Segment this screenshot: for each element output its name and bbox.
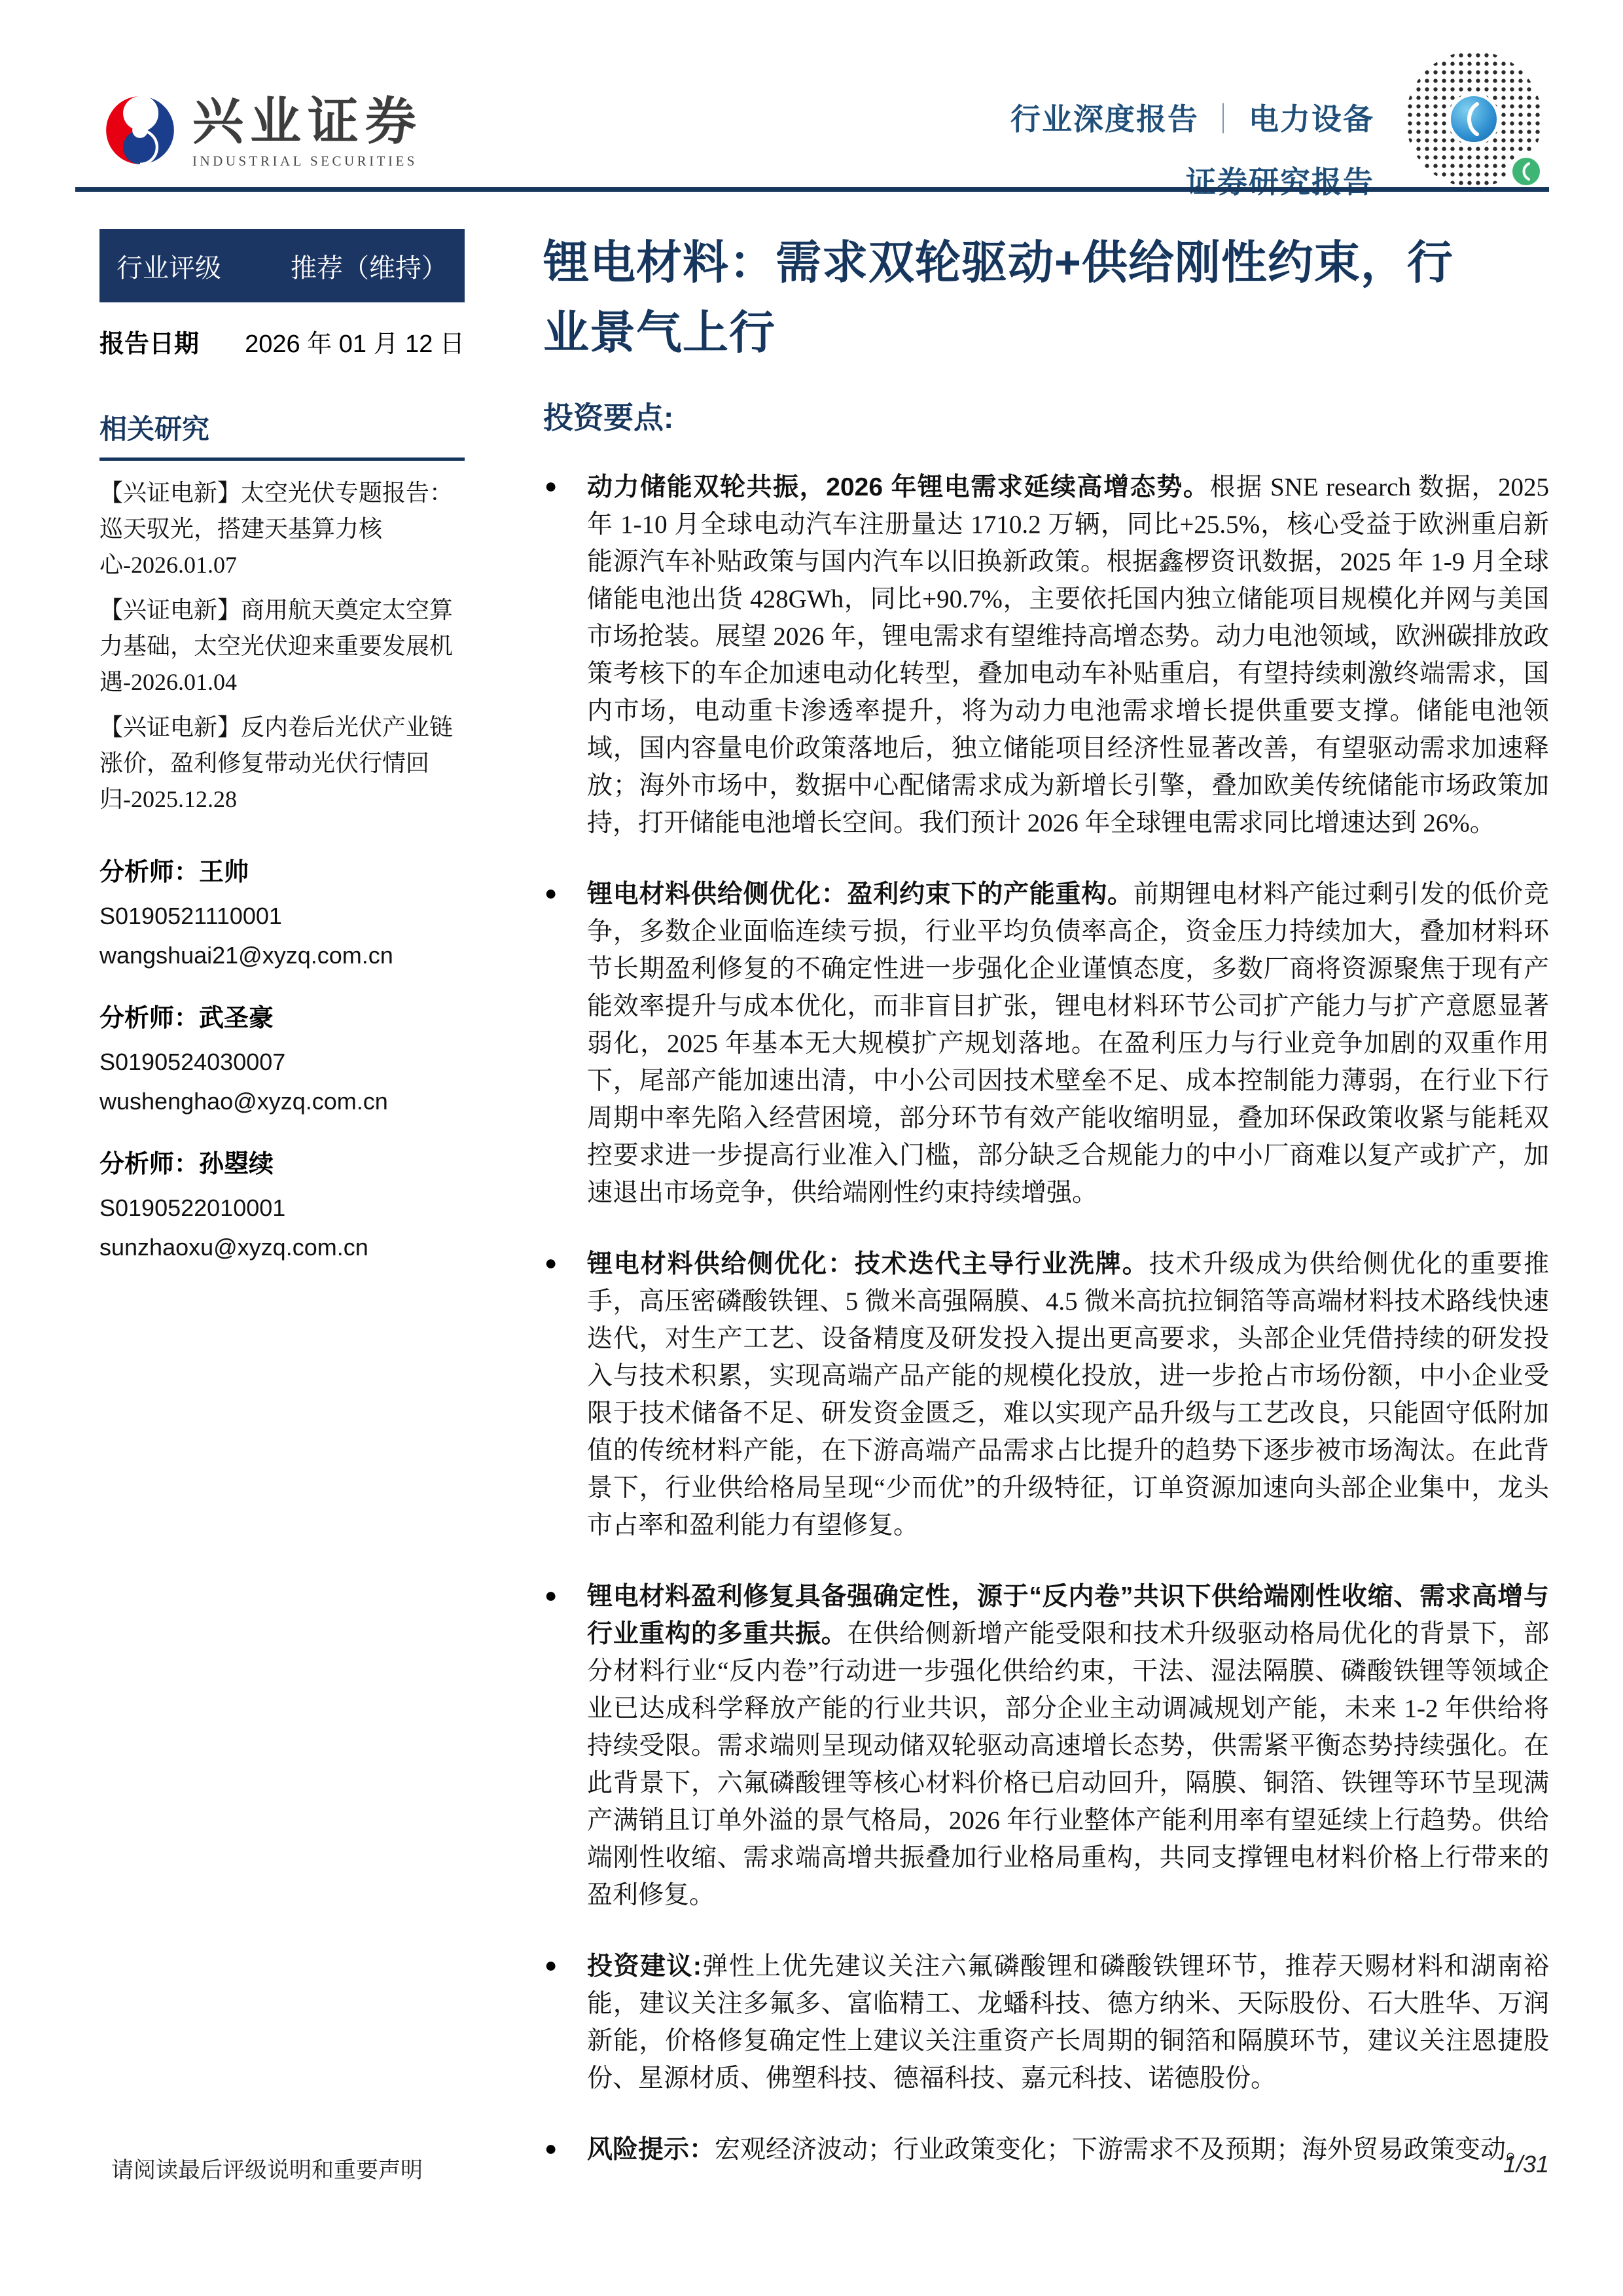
qr-share-badge-icon <box>1509 154 1543 188</box>
bullet-lead: 投资建议: <box>587 1952 702 1981</box>
sector-label: 电力设备 <box>1249 102 1374 136</box>
bullet-lead: 锂电材料供给侧优化：技术迭代主导行业洗牌。 <box>587 1250 1149 1278</box>
report-date-value: 2026 年 01 月 12 日 <box>245 323 465 359</box>
qr-code <box>1406 51 1542 187</box>
analyst-license-code: S0190521110001 <box>99 897 465 936</box>
bullet-icon: ● <box>544 1577 557 1614</box>
bullet-item-investment-advice: ● 投资建议:弹性上优先建议关注六氟磷酸锂和磷酸铁锂环节，推荐天赐材料和湖南裕能… <box>543 1948 1549 2097</box>
report-page: 兴业证券 INDUSTRIAL SECURITIES 行业深度报告｜电力设备 证… <box>0 0 1623 2296</box>
report-date-row: 报告日期 2026 年 01 月 12 日 <box>99 323 465 359</box>
report-date-label: 报告日期 <box>99 323 199 359</box>
bullet-icon: ● <box>544 467 557 505</box>
analyst-license-code: S0190524030007 <box>99 1043 465 1082</box>
qr-center-logo-icon <box>1448 93 1500 145</box>
divider-bar: ｜ <box>1199 102 1249 136</box>
bullet-icon: ● <box>544 1946 557 1984</box>
analyst-block: 分析师：孙曌续 S0190522010001 sunzhaoxu@xyzq.co… <box>99 1143 465 1267</box>
bullet-lead: 锂电材料供给侧优化：盈利约束下的产能重构。 <box>587 880 1133 908</box>
analyst-email: sunzhaoxu@xyzq.com.cn <box>99 1228 465 1267</box>
report-classification: 行业深度报告｜电力设备 证券研究报告 <box>851 96 1374 202</box>
header-divider-rule <box>75 187 1549 192</box>
bullet-text: 根据 SNE research 数据，2025 年 1-10 月全球电动汽车注册… <box>587 473 1549 837</box>
bullet-text: 在供给侧新增产能受限和技术升级驱动格局优化的背景下，部分材料行业“反内卷”行动进… <box>587 1620 1549 1909</box>
bullet-item-demand: ● 动力储能双轮共振，2026 年锂电需求延续高增态势。根据 SNE resea… <box>543 469 1549 842</box>
analyst-name: 分析师：武圣豪 <box>99 997 465 1033</box>
analyst-license-code: S0190522010001 <box>99 1189 465 1228</box>
industrial-securities-logo-icon <box>105 92 175 169</box>
bullet-text: 弹性上优先建议关注六氟磷酸锂和磷酸铁锂环节，推荐天赐材料和湖南裕能，建议关注多氟… <box>587 1952 1549 2092</box>
industry-rating-box: 行业评级 推荐（维持） <box>99 229 465 302</box>
footer-page-number: 1/31 <box>1503 2151 1549 2178</box>
rating-label: 行业评级 <box>116 247 221 285</box>
main-content: 锂电材料：需求双轮驱动+供给刚性约束，行 业景气上行 投资要点: ● 动力储能双… <box>543 228 1549 2202</box>
page-title: 锂电材料：需求双轮驱动+供给刚性约束，行 业景气上行 <box>543 228 1549 368</box>
report-type-label: 行业深度报告 <box>1010 102 1199 136</box>
bullet-lead: 风险提示： <box>587 2136 715 2164</box>
related-research-heading: 相关研究 <box>99 408 465 447</box>
footer-disclaimer: 请阅读最后评级说明和重要声明 <box>111 2152 423 2184</box>
bullet-lead: 动力储能双轮共振，2026 年锂电需求延续高增态势。 <box>587 473 1209 501</box>
related-research-item: 【兴证电新】太空光伏专题报告：巡天驭光，搭建天基算力核心-2026.01.07 <box>99 475 465 583</box>
analyst-name: 分析师：孙曌续 <box>99 1143 465 1179</box>
bullet-item-risk-notice: ● 风险提示：宏观经济波动；行业政策变化；下游需求不及预期；海外贸易政策变动。 <box>543 2131 1549 2168</box>
bullet-text: 技术升级成为供给侧优化的重要推手，高压密磷酸铁锂、5 微米高强隔膜、4.5 微米… <box>587 1250 1549 1539</box>
analyst-block: 分析师：王帅 S0190521110001 wangshuai21@xyzq.c… <box>99 852 465 975</box>
investment-highlights-heading: 投资要点: <box>543 394 1549 437</box>
bullet-icon: ● <box>544 1244 557 1282</box>
logo-english-name: INDUSTRIAL SECURITIES <box>192 153 423 170</box>
logo-chinese-name: 兴业证券 <box>192 92 423 152</box>
related-research-rule <box>99 457 465 461</box>
page-title-line: 业景气上行 <box>543 298 1549 368</box>
page-title-line: 锂电材料：需求双轮驱动+供给刚性约束，行 <box>543 228 1549 298</box>
analyst-email: wushenghao@xyzq.com.cn <box>99 1082 465 1121</box>
company-logo: 兴业证券 INDUSTRIAL SECURITIES <box>105 92 423 170</box>
rating-value: 推荐（维持） <box>291 247 448 285</box>
bullet-item-supply-profit: ● 锂电材料供给侧优化：盈利约束下的产能重构。前期锂电材料产能过剩引发的低价竞争… <box>543 876 1549 1211</box>
analysts-section: 分析师：王帅 S0190521110001 wangshuai21@xyzq.c… <box>99 852 465 1267</box>
related-research-item: 【兴证电新】反内卷后光伏产业链涨价，盈利修复带动光伏行情回归-2025.12.2… <box>99 709 465 817</box>
analyst-name: 分析师：王帅 <box>99 852 465 888</box>
analyst-email: wangshuai21@xyzq.com.cn <box>99 936 465 975</box>
analyst-block: 分析师：武圣豪 S0190524030007 wushenghao@xyzq.c… <box>99 997 465 1121</box>
sidebar: 行业评级 推荐（维持） 报告日期 2026 年 01 月 12 日 相关研究 【… <box>99 229 465 1289</box>
logo-wordmark: 兴业证券 INDUSTRIAL SECURITIES <box>192 92 423 170</box>
bullet-item-supply-tech: ● 锂电材料供给侧优化：技术迭代主导行业洗牌。技术升级成为供给侧优化的重要推手，… <box>543 1246 1549 1544</box>
bullet-list: ● 动力储能双轮共振，2026 年锂电需求延续高增态势。根据 SNE resea… <box>543 469 1549 2168</box>
bullet-text: 前期锂电材料产能过剩引发的低价竞争，多数企业面临连续亏损，行业平均负债率高企，资… <box>587 880 1549 1207</box>
bullet-icon: ● <box>544 874 557 912</box>
report-type-sector: 行业深度报告｜电力设备 <box>851 96 1374 139</box>
doc-type-label: 证券研究报告 <box>851 158 1374 202</box>
bullet-item-profit-recovery: ● 锂电材料盈利修复具备强确定性，源于“反内卷”共识下供给端刚性收缩、需求高增与… <box>543 1578 1549 1914</box>
bullet-icon: ● <box>544 2130 557 2167</box>
bullet-text: 宏观经济波动；行业政策变化；下游需求不及预期；海外贸易政策变动。 <box>715 2136 1531 2164</box>
related-research-item: 【兴证电新】商用航天奠定太空算力基础，太空光伏迎来重要发展机遇-2026.01.… <box>99 592 465 700</box>
